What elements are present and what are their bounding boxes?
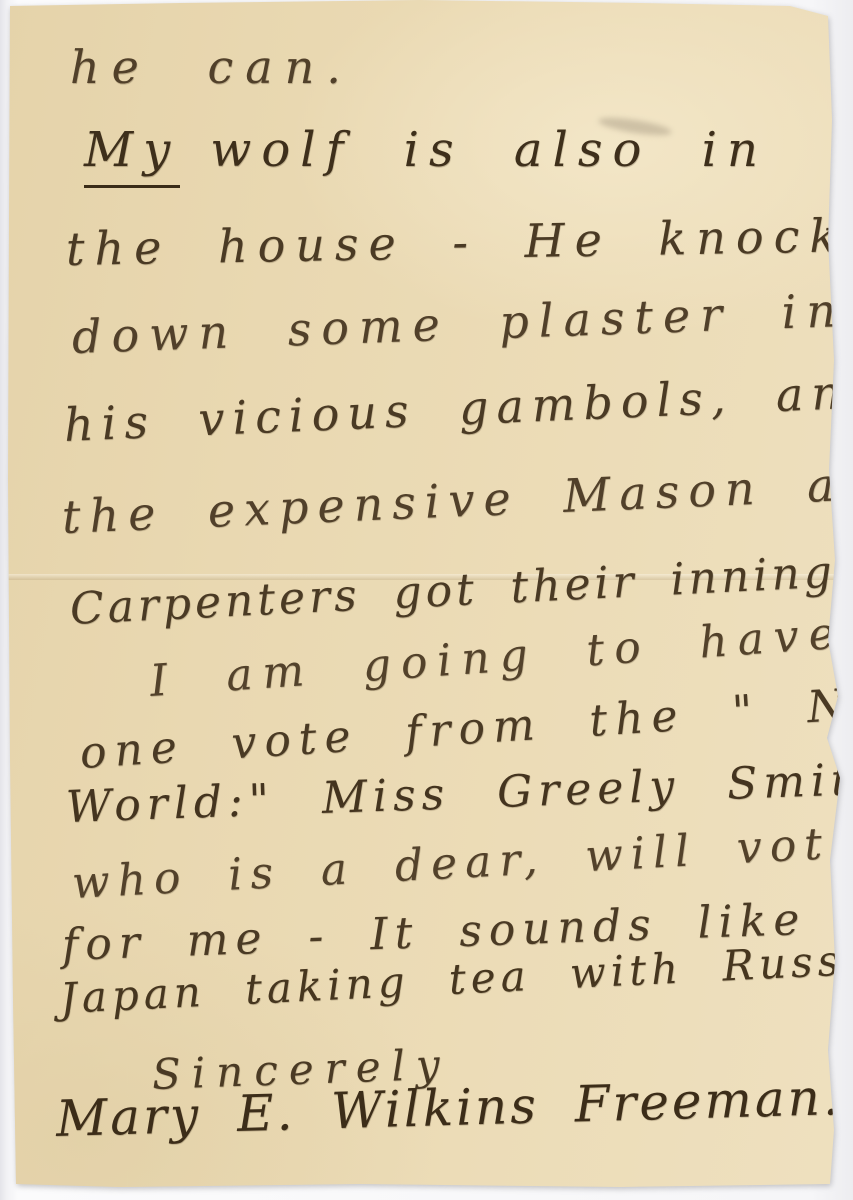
- line-2-text: wolf is also in: [210, 122, 768, 178]
- handwritten-line-2: Mywolf is also in: [84, 122, 768, 178]
- line-6-text: the expensive Mason and: [61, 454, 853, 544]
- line-5-text: his vicious gambols, and: [63, 364, 853, 452]
- scan-background: he can. Mywolf is also in the house - He…: [0, 0, 853, 1200]
- handwritten-line-6: the expensive Mason and: [61, 454, 853, 544]
- letter-paper: he can. Mywolf is also in the house - He…: [0, 0, 853, 1200]
- handwritten-line-3: the house - He knocked: [66, 207, 853, 276]
- handwritten-line-5: his vicious gambols, and: [63, 364, 853, 452]
- handwritten-line-4: down some plaster in: [71, 283, 847, 364]
- line-11-text: who is a dear, will vote: [71, 817, 853, 909]
- line-4-text: down some plaster in: [71, 283, 847, 364]
- line-3-text: the house - He knocked: [66, 207, 853, 276]
- line-1-text: he can.: [70, 40, 353, 94]
- handwritten-line-11: who is a dear, will vote: [71, 817, 853, 909]
- handwritten-line-1: he can.: [70, 40, 353, 94]
- underlined-word-my: My: [84, 122, 180, 188]
